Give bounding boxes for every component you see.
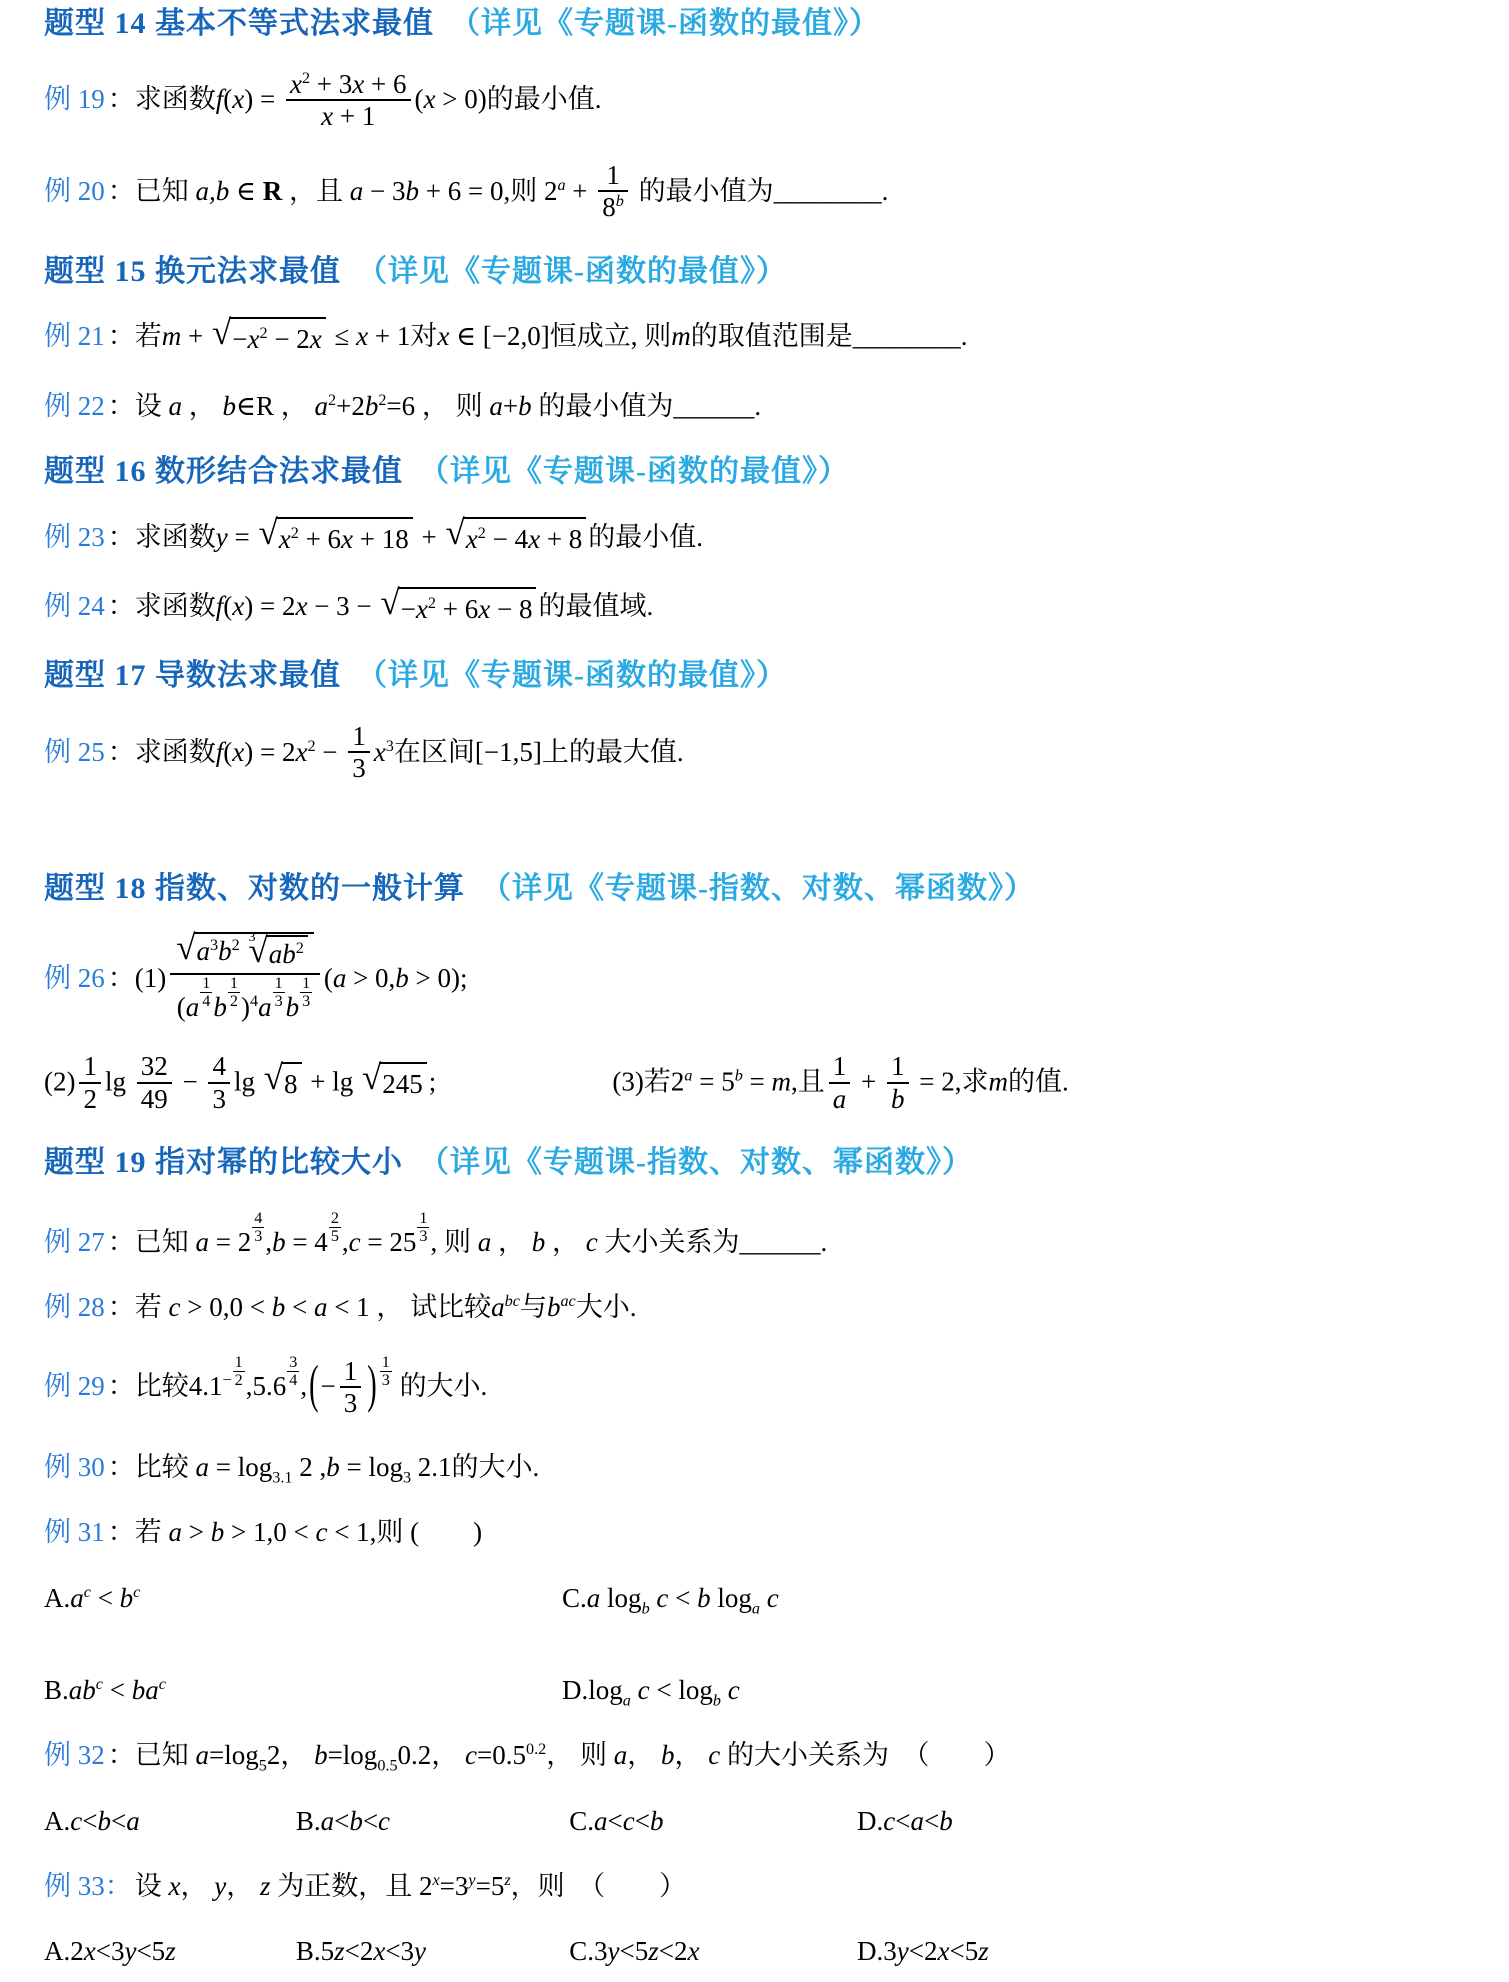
fraction: 13 [273, 975, 285, 1010]
math-text: 1 [352, 721, 366, 751]
math-text: 1 [344, 1356, 358, 1386]
math-text: log [711, 1583, 752, 1613]
math-variable: c [623, 1806, 635, 1836]
radical: √a3b2 3√ab2 [176, 932, 314, 971]
math-text: < [91, 1583, 120, 1613]
fraction-denominator: (a14b12)4a13b13 [170, 975, 320, 1022]
math-text: + 6 [299, 524, 341, 554]
math-text [631, 1675, 638, 1705]
math-text: > 0); [409, 963, 468, 993]
problem-label: 例 29 [44, 1371, 105, 1401]
section-heading-ref: （详见《专题课-指数、对数、幂函数》） [481, 872, 1035, 905]
math-text: 1 [235, 1353, 243, 1371]
fraction: 12 [228, 975, 240, 1010]
math-variable: a [196, 1740, 210, 1770]
math-variable: b [314, 1740, 328, 1770]
math-text: = 4 [286, 1227, 328, 1257]
math-variable: a,b [196, 176, 230, 206]
math-variable: z [648, 1936, 659, 1966]
subscript: a [623, 1692, 631, 1710]
radicand: −x2 + 6x − 8 [398, 587, 537, 627]
math-text: 为正数，且 2 [270, 1871, 432, 1901]
option-item: C.a<c<b [569, 1803, 857, 1839]
section-heading-title: 题型 17 导数法求最值 [44, 659, 341, 692]
math-variable: b [211, 1517, 225, 1547]
math-variable: x [310, 324, 322, 354]
math-variable: a [614, 1740, 628, 1770]
radical-symbol: √ [380, 586, 399, 619]
math-text: ：已知 [108, 176, 196, 206]
math-text: ，且 [282, 176, 350, 206]
math-text: C. [562, 1583, 587, 1613]
math-text: < log [650, 1675, 713, 1705]
big-paren: ) [367, 1352, 376, 1423]
math-variable: b [213, 992, 227, 1022]
math-text: , [300, 1371, 307, 1401]
math-text [760, 1583, 767, 1613]
math-text: 2 [328, 391, 336, 409]
math-text: 的取值范围是________. [691, 321, 968, 351]
math-text: − 3 [363, 176, 405, 206]
math-text: 2 [478, 524, 486, 542]
math-text: ， 则 [546, 1740, 614, 1770]
math-text: = 25 [361, 1227, 417, 1257]
math-text: <3 [96, 1936, 125, 1966]
math-text: ：比较4.1 [108, 1371, 223, 1401]
fraction-numerator: √a3b2 3√ab2 [170, 934, 320, 975]
math-text: − 4 [486, 524, 528, 554]
superscript: 2 [328, 391, 336, 409]
fraction-denominator: 2 [228, 993, 240, 1010]
superscript: c [84, 1583, 91, 1601]
problem-label: 例 21 [44, 321, 105, 351]
math-text: ,且 [791, 1067, 825, 1097]
math-text: < [285, 1292, 314, 1322]
superscript: 2 [307, 737, 315, 755]
math-text: < [363, 1806, 378, 1836]
math-text: lg [105, 1067, 133, 1097]
math-text: =log [328, 1740, 378, 1770]
superscript: 13 [299, 992, 313, 1010]
math-variable: z [165, 1936, 176, 1966]
math-text: 3 [289, 1353, 297, 1371]
problem-line: 例 27：已知 a = 243,b = 425,c = 2513, 则 a ， … [44, 1210, 1483, 1260]
superscript: 4 [250, 992, 258, 1010]
section-heading-ref: （详见《专题课-函数的最值》） [357, 255, 787, 288]
math-variable: a [833, 1084, 847, 1114]
problem-line: 例 26：(1)√a3b2 3√ab2(a14b12)4a13b13(a > 0… [44, 936, 1483, 1024]
math-text: ：若 [108, 1517, 169, 1547]
math-text: ， [675, 1740, 709, 1770]
math-text: 5 [331, 1227, 339, 1245]
two-column-row: (2)12lg 3249 − 43lg √8 + lg √245;(3)若2a … [44, 1053, 1483, 1115]
problem-content: ：(1)√a3b2 3√ab2(a14b12)4a13b13(a > 0,b >… [108, 963, 468, 993]
radicand: x2 + 6x + 18 [276, 517, 413, 557]
fraction-denominator: 3 [300, 993, 312, 1010]
math-variable: c [169, 1292, 181, 1322]
fraction: 3249 [137, 1051, 172, 1113]
math-variable: a [489, 391, 503, 421]
fraction-denominator: 3 [340, 1388, 362, 1418]
math-variable: x [84, 1936, 96, 1966]
math-text: > [182, 1517, 211, 1547]
fraction-numerator: 1 [598, 160, 628, 192]
column-item: (2)12lg 3249 − 43lg √8 + lg √245; [44, 1053, 612, 1115]
math-text: ) [241, 992, 250, 1022]
problem-label: 例 22 [44, 391, 105, 421]
fraction-numerator: 1 [829, 1051, 851, 1083]
problem-label: 例 20 [44, 176, 105, 206]
math-text: <5 [949, 1936, 978, 1966]
math-variable: b [735, 1067, 743, 1085]
problem-line: 例 22：设 a ， b∈R ， a2+2b2=6 ， 则 a+b 的最小值为_… [44, 388, 1483, 424]
fraction: 13 [380, 1354, 392, 1389]
math-variable: c [586, 1227, 598, 1257]
option-item: D.c<a<b [857, 1803, 1483, 1839]
section-heading-title: 题型 15 换元法求最值 [44, 255, 341, 288]
fraction: 18b [598, 160, 628, 222]
problem-line: 例 20：已知 a,b ∈ R ，且 a − 3b + 6 = 0,则 2a +… [44, 162, 1483, 224]
math-text: − [321, 1371, 336, 1401]
math-variable: c [378, 1806, 390, 1836]
math-variable: b [272, 1292, 286, 1322]
math-variable: b [286, 992, 300, 1022]
math-text: − 2 [268, 324, 310, 354]
superscript: 2 [296, 939, 304, 957]
superscript: 12 [227, 992, 241, 1010]
math-variable: b [97, 1806, 111, 1836]
problem-label: 例 26 [44, 963, 105, 993]
math-variable: y [468, 1871, 475, 1889]
fraction-numerator: 4 [208, 1051, 230, 1083]
math-text: 2 [302, 69, 310, 87]
radical-symbol: √ [362, 1061, 381, 1094]
math-text: 的最值域. [538, 591, 653, 621]
math-text: 4 [289, 1371, 297, 1389]
math-text: − 8 [490, 594, 532, 624]
radical-symbol: √ [446, 516, 465, 549]
math-text: < [82, 1806, 97, 1836]
section-heading-ref: （详见《专题课-函数的最值》） [450, 7, 880, 40]
math-text: , 则 [430, 1227, 477, 1257]
fraction: 1b [887, 1051, 909, 1113]
math-text: = [743, 1067, 772, 1097]
math-text: + 1对 [368, 321, 437, 351]
option-item: A.ac < bc [44, 1580, 562, 1616]
math-text: (2) [44, 1067, 75, 1097]
math-text: <5 [136, 1936, 165, 1966]
math-text: 49 [141, 1084, 168, 1114]
math-variable: x [169, 1871, 181, 1901]
fraction-denominator: 3 [380, 1372, 392, 1389]
math-text: 4 [202, 992, 210, 1010]
problem-line: 例 25：求函数f(x) = 2x2 − 13x3在区间[−1,5]上的最大值. [44, 723, 1483, 785]
superscript: 2 [259, 324, 267, 342]
superscript: c [159, 1675, 166, 1693]
math-text: + [503, 391, 518, 421]
math-text: 的最小值为______. [532, 391, 762, 421]
math-text: =log [209, 1740, 259, 1770]
fraction: √a3b2 3√ab2(a14b12)4a13b13 [170, 934, 320, 1022]
math-text: 2 [428, 594, 436, 612]
math-text: < [334, 1806, 349, 1836]
fraction: 13 [348, 721, 370, 783]
math-variable: b [223, 391, 237, 421]
math-text: ) = 2 [244, 591, 295, 621]
superscript: a [557, 176, 565, 194]
math-variable: b [616, 192, 624, 210]
superscript: 2 [232, 936, 240, 954]
math-variable: a [491, 1292, 505, 1322]
problem-content: 设 x， y， z 为正数，且 2x=3y=5z，则 （ ） [135, 1871, 686, 1901]
superscript: c [96, 1675, 103, 1693]
math-text: 3 [302, 992, 310, 1010]
math-variable: a [557, 176, 565, 194]
math-text: 1 [606, 160, 620, 190]
math-variable: a [258, 992, 272, 1022]
problem-label: 例 31 [44, 1517, 105, 1547]
math-text: − [176, 1067, 205, 1097]
math-text: ， [182, 391, 223, 421]
math-text: 的最小值为________. [632, 176, 889, 206]
math-variable: a [269, 939, 283, 969]
math-variable: c [883, 1806, 895, 1836]
math-variable: c [349, 1227, 361, 1257]
math-variable: ab [69, 1675, 96, 1705]
math-variable: c [708, 1740, 720, 1770]
math-text: ：若 [108, 321, 162, 351]
math-variable: b [939, 1806, 953, 1836]
superscript: 0.2 [526, 1740, 546, 1758]
math-text: <2 [345, 1936, 374, 1966]
superscript: 3 [386, 737, 394, 755]
math-variable: x [437, 321, 449, 351]
math-variable: b [697, 1583, 711, 1613]
math-text: ：求函数 [108, 84, 216, 114]
math-text: <3 [385, 1936, 414, 1966]
math-text: lg [234, 1067, 262, 1097]
superscript: 13 [416, 1227, 430, 1245]
math-variable: a [321, 1806, 335, 1836]
math-variable: b [650, 1806, 664, 1836]
math-text: 3 [419, 1227, 427, 1245]
math-text: 3 [254, 1227, 262, 1245]
math-variable: x [341, 524, 353, 554]
math-text: 3 [382, 1371, 390, 1389]
math-variable: a [594, 1806, 608, 1836]
fraction-numerator: 2 [329, 1210, 341, 1228]
math-text: ( [223, 84, 232, 114]
math-text: ∈ [229, 176, 263, 206]
math-text: + lg [304, 1067, 360, 1097]
math-text: A.2 [44, 1936, 84, 1966]
math-variable: y [216, 522, 228, 552]
superscript: 13 [379, 1371, 393, 1389]
radical: √x2 − 4x + 8 [446, 517, 587, 557]
fraction: x2 + 3x + 6x + 1 [286, 69, 411, 131]
problem-content: ：已知 a=log52， b=log0.50.2， c=0.50.2， 则 a，… [108, 1740, 1011, 1770]
radicand: ab2 [266, 935, 308, 969]
math-text: 3 [386, 737, 394, 755]
fraction: 43 [208, 1051, 230, 1113]
math-variable: x [295, 591, 307, 621]
math-variable: ac [560, 1292, 575, 1310]
math-text: 大小. [576, 1292, 637, 1322]
problem-line: 例 33：设 x， y， z 为正数，且 2x=3y=5z，则 （ ） [44, 1868, 1483, 1904]
math-text: ) = 2 [244, 737, 295, 767]
radicand: −x2 − 2x [229, 317, 326, 357]
math-text: 的值. [1008, 1067, 1069, 1097]
math-text: ：已知 [108, 1227, 196, 1257]
math-variable: x [466, 524, 478, 554]
math-variable: y [214, 1871, 226, 1901]
fraction: 34 [287, 1354, 299, 1389]
math-text: ：设 [108, 391, 169, 421]
math-text: 在区间[−1,5]上的最大值. [394, 737, 684, 767]
math-variable: a [623, 1692, 631, 1710]
superscript: 2 [302, 69, 310, 87]
math-variable: b [891, 1084, 905, 1114]
math-text: 的最小值. [588, 522, 703, 552]
math-variable: x [232, 84, 244, 114]
math-text: ：求函数 [108, 737, 216, 767]
math-variable: b [365, 391, 379, 421]
math-variable: z [978, 1936, 989, 1966]
problem-label: 例 25 [44, 737, 105, 767]
math-text: D.log [562, 1675, 623, 1705]
math-text: 的大小. [393, 1371, 488, 1401]
superscript: b [616, 192, 624, 210]
math-text: − [223, 1371, 232, 1389]
problem-line: 例 32：已知 a=log52， b=log0.50.2， c=0.50.2， … [44, 1737, 1483, 1773]
math-text: < 1,则 ( ) [327, 1517, 482, 1547]
math-variable: x [247, 324, 259, 354]
math-variable: a [197, 936, 211, 966]
math-text: + 6 [436, 594, 478, 624]
section-heading: 题型 15 换元法求最值（详见《专题课-函数的最值》） [44, 254, 1483, 290]
math-variable: a [587, 1583, 601, 1613]
math-variable: x [528, 524, 540, 554]
superscript: 2 [291, 524, 299, 542]
fraction-denominator: 3 [252, 1228, 264, 1245]
fraction-numerator: 1 [417, 1210, 429, 1228]
math-variable: b [547, 1292, 561, 1322]
math-variable: a [752, 1599, 760, 1617]
fraction-numerator: 1 [233, 1354, 245, 1372]
math-text: ， [545, 1227, 586, 1257]
section-heading: 题型 16 数形结合法求最值（详见《专题课-函数的最值》） [44, 454, 1483, 490]
math-variable: b [282, 939, 296, 969]
radical-symbol: √ [176, 931, 195, 964]
math-variable: a [333, 963, 347, 993]
math-variable: b [272, 1227, 286, 1257]
superscript: ac [560, 1292, 575, 1310]
math-variable: x [687, 1936, 699, 1966]
section-heading-ref: （详见《专题课-函数的最值》） [419, 455, 849, 488]
math-text: 4 [250, 992, 258, 1010]
math-text: 1 [382, 1353, 390, 1371]
section-heading-title: 题型 16 数形结合法求最值 [44, 455, 403, 488]
math-variable: c [767, 1583, 779, 1613]
fraction-numerator: 1 [228, 975, 240, 993]
math-text: + 1 [333, 101, 375, 131]
fraction-denominator: 3 [417, 1228, 429, 1245]
math-text: 与 [520, 1292, 547, 1322]
math-text: 大小关系为______. [598, 1227, 828, 1257]
math-text: < [103, 1675, 132, 1705]
math-text: =5 [476, 1871, 505, 1901]
fraction-denominator: b [887, 1084, 909, 1114]
math-variable: a [196, 1452, 210, 1482]
math-text: 2 [259, 324, 267, 342]
math-variable: x [232, 591, 244, 621]
radical-symbol: √ [212, 316, 231, 349]
math-text: B.5 [296, 1936, 334, 1966]
math-text: − [316, 737, 345, 767]
math-text: 2.1的大小. [411, 1452, 539, 1482]
fraction: 14 [200, 975, 212, 1010]
superscript: 14 [199, 992, 213, 1010]
section-heading-ref: （详见《专题课-函数的最值》） [357, 659, 787, 692]
fraction-numerator: 4 [252, 1210, 264, 1228]
problem-content: ：求函数y = √x2 + 6x + 18 + √x2 − 4x + 8的最小值… [108, 522, 703, 552]
superscript: 3 [210, 936, 218, 954]
math-variable: m [671, 321, 691, 351]
math-text: = log [209, 1452, 272, 1482]
section-heading: 题型 19 指对幂的比较大小（详见《专题课-指数、对数、幂函数》） [44, 1145, 1483, 1181]
superscript: 2 [428, 594, 436, 612]
math-text: 1 [202, 974, 210, 992]
math-variable: bc [505, 1292, 520, 1310]
problem-line: 例 29：比较4.1−12,5.634,(−13)13 的大小. [44, 1354, 1483, 1420]
math-text: <5 [619, 1936, 648, 1966]
option-item: C.3y<5z<2x [569, 1933, 857, 1969]
fraction-denominator: 4 [287, 1372, 299, 1389]
math-text: 0.2， [398, 1740, 466, 1770]
math-variable: b [218, 936, 232, 966]
math-text: 1 [419, 1209, 427, 1227]
math-text: A. [44, 1806, 70, 1836]
math-text: ：求函数 [108, 522, 216, 552]
math-variable: c [96, 1675, 103, 1693]
math-variable: x [432, 1871, 439, 1889]
problem-line: 例 23：求函数y = √x2 + 6x + 18 + √x2 − 4x + 8… [44, 519, 1483, 560]
math-variable: a [186, 992, 200, 1022]
problem-content: ：比较4.1−12,5.634,(−13)13 的大小. [108, 1371, 488, 1401]
math-text: 3 [212, 1084, 226, 1114]
math-text: ：比较 [108, 1452, 196, 1482]
fraction-numerator: x2 + 3x + 6 [286, 69, 411, 101]
radicand: a3b2 3√ab2 [194, 932, 314, 971]
math-text: = 2,求 [913, 1067, 989, 1097]
fraction: 43 [252, 1210, 264, 1245]
radical: √−x2 + 6x − 8 [380, 587, 536, 627]
problem-line: 例 24：求函数f(x) = 2x − 3 − √−x2 + 6x − 8的最值… [44, 588, 1483, 629]
option-item: D.loga c < logb c [562, 1672, 1483, 1708]
math-text: 3.1 [272, 1468, 292, 1486]
math-variable: m [989, 1067, 1009, 1097]
radicand: 8 [281, 1062, 302, 1102]
math-text: ∈ [−2,0]恒成立, 则 [449, 321, 671, 351]
problem-content: ：若 a > b > 1,0 < c < 1,则 ( ) [108, 1517, 482, 1547]
math-text: ( [415, 84, 424, 114]
math-text: 2 [235, 1371, 243, 1389]
fraction-denominator: 3 [348, 753, 370, 783]
problem-content: ：求函数f(x) = x2 + 3x + 6x + 1(x > 0)的最小值. [108, 84, 602, 114]
superscript: −12 [223, 1371, 246, 1389]
radical: √8 [264, 1062, 302, 1102]
math-text: ， [491, 1227, 532, 1257]
